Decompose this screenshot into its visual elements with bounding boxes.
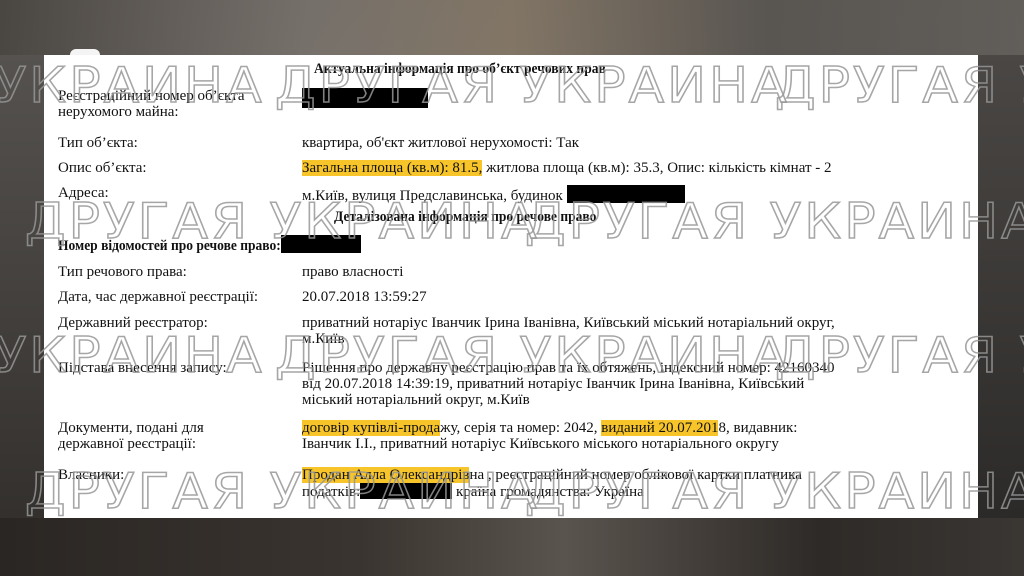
value-registration-date: 20.07.2018 13:59:27	[302, 289, 968, 305]
highlight-owner-name: Продан Алла Олександрів	[302, 467, 469, 483]
section2-title: Деталізована інформація про речове право	[334, 209, 596, 225]
value-object-type: квартира, об'єкт житлової нерухомості: Т…	[302, 135, 968, 151]
highlight-contract: договір купівлі-прода	[302, 420, 440, 436]
section1-title: Актуальна інформація про об’єкт речових …	[314, 61, 606, 77]
value-documents: договір купівлі-продажу, серія та номер:…	[302, 420, 968, 452]
background-top	[0, 0, 1024, 60]
value-registrar: приватний нотаріус Іванчик Ірина Іванівн…	[302, 315, 968, 347]
label-entry-basis: Підстава внесення запису:	[58, 360, 288, 376]
label-documents: Документи, подані для державної реєстрац…	[58, 420, 288, 452]
redaction-bar	[302, 88, 428, 108]
redaction-bar	[567, 185, 685, 203]
row-record-number: Номер відомостей про речове право:	[58, 235, 968, 254]
label-right-type: Тип речового права:	[58, 264, 288, 280]
label-owners: Власники:	[58, 467, 288, 483]
value-address: м.Київ, вулиця Предславинська, будинок	[302, 185, 968, 204]
record-number: Номер відомостей про речове право:	[58, 235, 968, 254]
label-object-type: Тип об’єкта:	[58, 135, 288, 151]
highlight-issue-date: виданий 20.07.201	[601, 420, 718, 436]
label-object-description: Опис об’єкта:	[58, 160, 288, 176]
label-record-number: Номер відомостей про речове право:	[58, 238, 281, 254]
value-object-description: Загальна площа (кв.м): 81.5, житлова пло…	[302, 160, 968, 176]
background-left	[0, 55, 44, 518]
background-bottom	[0, 518, 1024, 576]
background-right	[978, 55, 1024, 518]
label-address: Адреса:	[58, 185, 288, 201]
registry-document: Актуальна інформація про об’єкт речових …	[44, 55, 978, 518]
label-registration-date: Дата, час державної реєстрації:	[58, 289, 302, 305]
redaction-bar	[360, 483, 452, 499]
value-owners: Продан Алла Олександрівна , реєстраційни…	[302, 467, 968, 500]
highlight-total-area: Загальна площа (кв.м): 81.5,	[302, 160, 482, 176]
label-registrar: Державний реєстратор:	[58, 315, 288, 331]
value-entry-basis: Рішення про державну реєстрацію прав та …	[302, 360, 968, 408]
label-registration-number: Реєстраційний номер об’єкта нерухомого м…	[58, 88, 258, 120]
value-registration-number	[302, 88, 968, 109]
value-right-type: право власності	[302, 264, 968, 280]
redaction-bar	[281, 235, 361, 253]
